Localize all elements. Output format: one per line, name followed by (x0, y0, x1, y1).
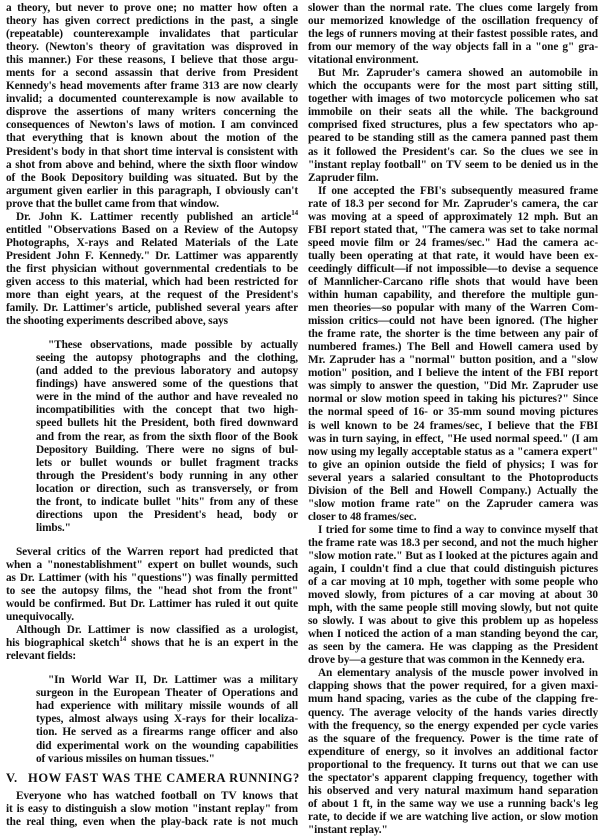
text-line: the frame rate was 18.3 per second, and … (308, 537, 598, 550)
footnote-ref: 14 (291, 209, 298, 217)
text-line: types, almost always using X-rays for th… (36, 713, 298, 726)
text-line: "instant replay." (308, 824, 598, 837)
text-line: immobile on their seats all the while. T… (308, 106, 598, 119)
text-line: several years a salaried consultant to t… (308, 472, 598, 485)
text-line: clapping shows that the power required, … (308, 680, 598, 693)
text-line: of about 1 ft, in the same way we use a … (308, 798, 598, 811)
text-line: was simply to answer the question, "Did … (308, 380, 598, 393)
text-line: seeing the autopsy photographs and the c… (36, 352, 298, 365)
paragraph-frame-rate: If one accepted the FBI's subsequently m… (308, 185, 598, 524)
text-line: it is easy to distinguish a slow motion … (6, 803, 298, 816)
text-line: "slow motion frame rate" on the Zapruder… (308, 498, 598, 511)
text-line: within human capability, and therefore t… (308, 289, 598, 302)
text-line: did experimental work on the wounding ca… (36, 740, 298, 753)
text-line: speed bullets hit the President, both fi… (36, 417, 298, 430)
text-line: were in the mind of the author and have … (36, 391, 298, 404)
text-line: An elementary analysis of the muscle pow… (308, 667, 598, 680)
text-line: entitled "Observations Based on a Review… (6, 224, 298, 237)
spacer (6, 535, 298, 546)
text-line: tually been operating at that rate, it w… (308, 250, 598, 263)
text-line: President's body in that short time inte… (6, 146, 298, 159)
text-line: family. Dr. Lattimer's article, publishe… (6, 302, 298, 315)
text-line: surgeon in the European Theater of Opera… (36, 687, 298, 700)
paragraph-instant-replay: Everyone who has watched football on TV … (6, 790, 298, 829)
text-span: his biographical sketch (6, 637, 119, 649)
text-line: a theory, but never to prove one; no mat… (6, 2, 298, 15)
paragraph-lattimer-bio: Although Dr. Lattimer is now classified … (6, 624, 298, 663)
text-line: men theories—so popular with many of the… (308, 302, 598, 315)
text-line: Several critics of the Warren report had… (6, 546, 298, 559)
text-line: together with images of two motorcycle p… (308, 93, 598, 106)
text-line: Photographs, X-rays and Related Material… (6, 237, 298, 250)
text-line: numbered frames.) The Bell and Howell ca… (308, 341, 598, 354)
text-line: of Mannlicher-Carcano rifle shots that w… (308, 276, 598, 289)
text-line: slower than the normal rate. The clues c… (308, 2, 598, 15)
text-line: findings) have answered some of the ques… (36, 378, 298, 391)
text-line: (and added to the previous laboratory an… (36, 365, 298, 378)
text-line: to give an opinion outside the field of … (308, 459, 598, 472)
section-number: V. (6, 770, 28, 786)
text-line: is well known to be 24 frames/sec, I bel… (308, 420, 598, 433)
text-line: had experience with military missile wou… (36, 700, 298, 713)
spacer (6, 663, 298, 674)
text-line: I tried for some time to find a way to c… (308, 524, 598, 537)
text-line: the first physician without governmental… (6, 263, 298, 276)
text-line: the shooting experiments described above… (6, 315, 298, 328)
paragraph-lattimer-article: Dr. John K. Lattimer recently published … (6, 211, 298, 328)
text-line: "In World War II, Dr. Lattimer was a mil… (36, 674, 298, 687)
text-span: shows that he is an expert in the (126, 637, 298, 649)
text-line: Everyone who has watched football on TV … (6, 790, 298, 803)
text-line: "instant replay football" on TV seem to … (308, 159, 598, 172)
text-line: location or direction, such as transvers… (36, 483, 298, 496)
text-line: so slowly. I was about to give this prob… (308, 615, 598, 628)
paragraph-warren-critics: Several critics of the Warren report had… (6, 546, 298, 624)
text-line: to see the autopsy films, the "head shot… (6, 585, 298, 598)
spacer (6, 328, 298, 339)
text-line: the normal speed of 16- or 35-mm sound m… (308, 406, 598, 419)
text-line: given access to this material, which had… (6, 276, 298, 289)
text-line: tion. He served as a firearms range offi… (36, 726, 298, 739)
text-line: moved slowly, from pictures of a car mov… (308, 589, 598, 602)
text-line: the spectator's apparent clapping freque… (308, 772, 598, 785)
text-line: Kennedy's head movements after frame 313… (6, 80, 298, 93)
text-line: as it followed the President's car. So t… (308, 146, 598, 159)
text-line: this manner.) For these reasons, I belie… (6, 54, 298, 67)
text-line: limbs." (36, 522, 298, 535)
blockquote-wwii-experience: "In World War II, Dr. Lattimer was a mil… (36, 674, 298, 765)
text-line: the frame rate, the shorter is the time … (308, 328, 598, 341)
paragraph-slower-rate: slower than the normal rate. The clues c… (308, 2, 598, 67)
text-line: mph, with the same people still moving s… (308, 602, 598, 615)
text-line: Division of the Bell and Howell Company.… (308, 485, 598, 498)
text-line: a shot from above and behind, where the … (6, 159, 298, 172)
text-line: (repeatable) counterexample invalidates … (6, 28, 298, 41)
text-line: as the square of the frequency. Power is… (308, 733, 598, 746)
text-line: more than eight years, at the request of… (6, 289, 298, 302)
text-line: and from the rear, as from the sixth flo… (36, 431, 298, 444)
paragraph-newton-counterexample: a theory, but never to prove one; no mat… (6, 2, 298, 211)
left-column: a theory, but never to prove one; no mat… (6, 2, 298, 829)
text-line: rate, to decide if we are watching live … (308, 811, 598, 824)
text-line: the front, to indicate bullet "hits" fro… (36, 496, 298, 509)
text-line: theory. (Newton's theory of gravitation … (6, 41, 298, 54)
text-line: proportional to the frequency. It turns … (308, 759, 598, 772)
text-line: his biographical sketch14 shows that he … (6, 637, 298, 650)
text-line: through the President's body running in … (36, 470, 298, 483)
right-column: slower than the normal rate. The clues c… (308, 2, 598, 837)
text-line: Dr. John K. Lattimer recently published … (6, 211, 298, 224)
text-line: invalid; a documented counterexample is … (6, 93, 298, 106)
text-line: vitational environment. (308, 54, 598, 67)
section-title: HOW FAST WAS THE CAMERA RUNNING? (28, 771, 300, 785)
document-page: a theory, but never to prove one; no mat… (0, 0, 602, 838)
text-line: rate of 18.3 per second for Mr. Zapruder… (308, 198, 598, 211)
text-line: But Mr. Zapruder's camera showed an auto… (308, 67, 598, 80)
text-line: unequivocally. (6, 611, 298, 624)
text-line: now using my legally acceptable status a… (308, 446, 598, 459)
text-line: FBI report stated that, "The camera was … (308, 224, 598, 237)
text-line: closer to 48 frames/sec. (308, 511, 598, 524)
text-line: prove that the bullet came from that win… (6, 198, 298, 211)
text-line: theory has given correct predictions in … (6, 15, 298, 28)
text-span: Dr. John K. Lattimer recently published … (16, 211, 291, 223)
section-heading: V.HOW FAST WAS THE CAMERA RUNNING? (6, 770, 298, 786)
text-line: when a "nonestablishment" expert on bull… (6, 559, 298, 572)
text-line: normal or slow motion speed in taking hi… (308, 393, 598, 406)
text-line: peared to be standing still as the camer… (308, 132, 598, 145)
text-line: consequences of Newton's laws of motion.… (6, 119, 298, 132)
text-line: ments for a second assassin that derive … (6, 67, 298, 80)
text-line: Mr. Zapruder has a "normal" button posit… (308, 354, 598, 367)
text-line: speed movie film or 24 frames/sec." Had … (308, 237, 598, 250)
text-line: the legs of runners moving at their fast… (308, 28, 598, 41)
text-line: "slow motion rate." But as I looked at t… (308, 550, 598, 563)
text-line: as seen by the camera. He was clapping a… (308, 641, 598, 654)
text-line: of a car moving at 10 mph, together with… (308, 576, 598, 589)
text-line: quency. The average velocity of the hand… (308, 707, 598, 720)
paragraph-clapping-clue: I tried for some time to find a way to c… (308, 524, 598, 668)
text-line: President John F. Kennedy." Dr. Lattimer… (6, 250, 298, 263)
text-line: "These observations, made possible by ac… (36, 339, 298, 352)
text-line: Zapruder film. (308, 172, 598, 185)
text-line: incompatibilities with the concept that … (36, 404, 298, 417)
text-line: was in turn saying, in effect, "He used … (308, 433, 598, 446)
text-line: of various missiles on human tissues." (36, 753, 298, 766)
text-line: his observed and very natural maximum ha… (308, 785, 598, 798)
text-line: motion" position, and I believe the inte… (308, 367, 598, 380)
text-line: would be confirmed. But Dr. Lattimer has… (6, 598, 298, 611)
text-line: argument given earlier in this paragraph… (6, 185, 298, 198)
text-line: of the Book Depository building was situ… (6, 172, 298, 185)
text-line: from our memory of the way objects fall … (308, 41, 598, 54)
paragraph-muscle-power: An elementary analysis of the muscle pow… (308, 667, 598, 837)
text-line: the real thing, even when the play-back … (6, 816, 298, 829)
text-line: mission critics—could not have been igno… (308, 315, 598, 328)
text-line: that everything that is known about the … (6, 132, 298, 145)
text-line: disprove the assertions of many writers … (6, 106, 298, 119)
blockquote-autopsy-observations: "These observations, made possible by ac… (36, 339, 298, 535)
text-line: again, I couldn't find a clue that could… (308, 563, 598, 576)
text-line: lets or bullet wounds or bullet fragment… (36, 457, 298, 470)
text-line: our memorized knowledge of the oscillati… (308, 15, 598, 28)
text-line: which the occupants were for the most pa… (308, 80, 598, 93)
text-line: expenditure of energy, so it involves an… (308, 746, 598, 759)
text-line: as Dr. Lattimer (with his "questions") w… (6, 572, 298, 585)
text-line: comprised fixed structures, plus a few s… (308, 119, 598, 132)
text-line: relevant fields: (6, 650, 298, 663)
paragraph-zapruder-camera: But Mr. Zapruder's camera showed an auto… (308, 67, 598, 184)
text-line: was moving at a speed of approximately 1… (308, 211, 598, 224)
text-line: drove by—a gesture that was common in th… (308, 654, 598, 667)
text-line: mum hand spacing, varies as the cube of … (308, 693, 598, 706)
text-line: Depository Building. There were no signs… (36, 444, 298, 457)
text-line: with the frequency, so the energy expend… (308, 720, 598, 733)
text-line: Although Dr. Lattimer is now classified … (6, 624, 298, 637)
text-line: ceedingly difficult—if not impossible—to… (308, 263, 598, 276)
text-line: If one accepted the FBI's subsequently m… (308, 185, 598, 198)
text-line: when I noticed the action of a man stand… (308, 628, 598, 641)
text-line: directions upon the President's head, bo… (36, 509, 298, 522)
